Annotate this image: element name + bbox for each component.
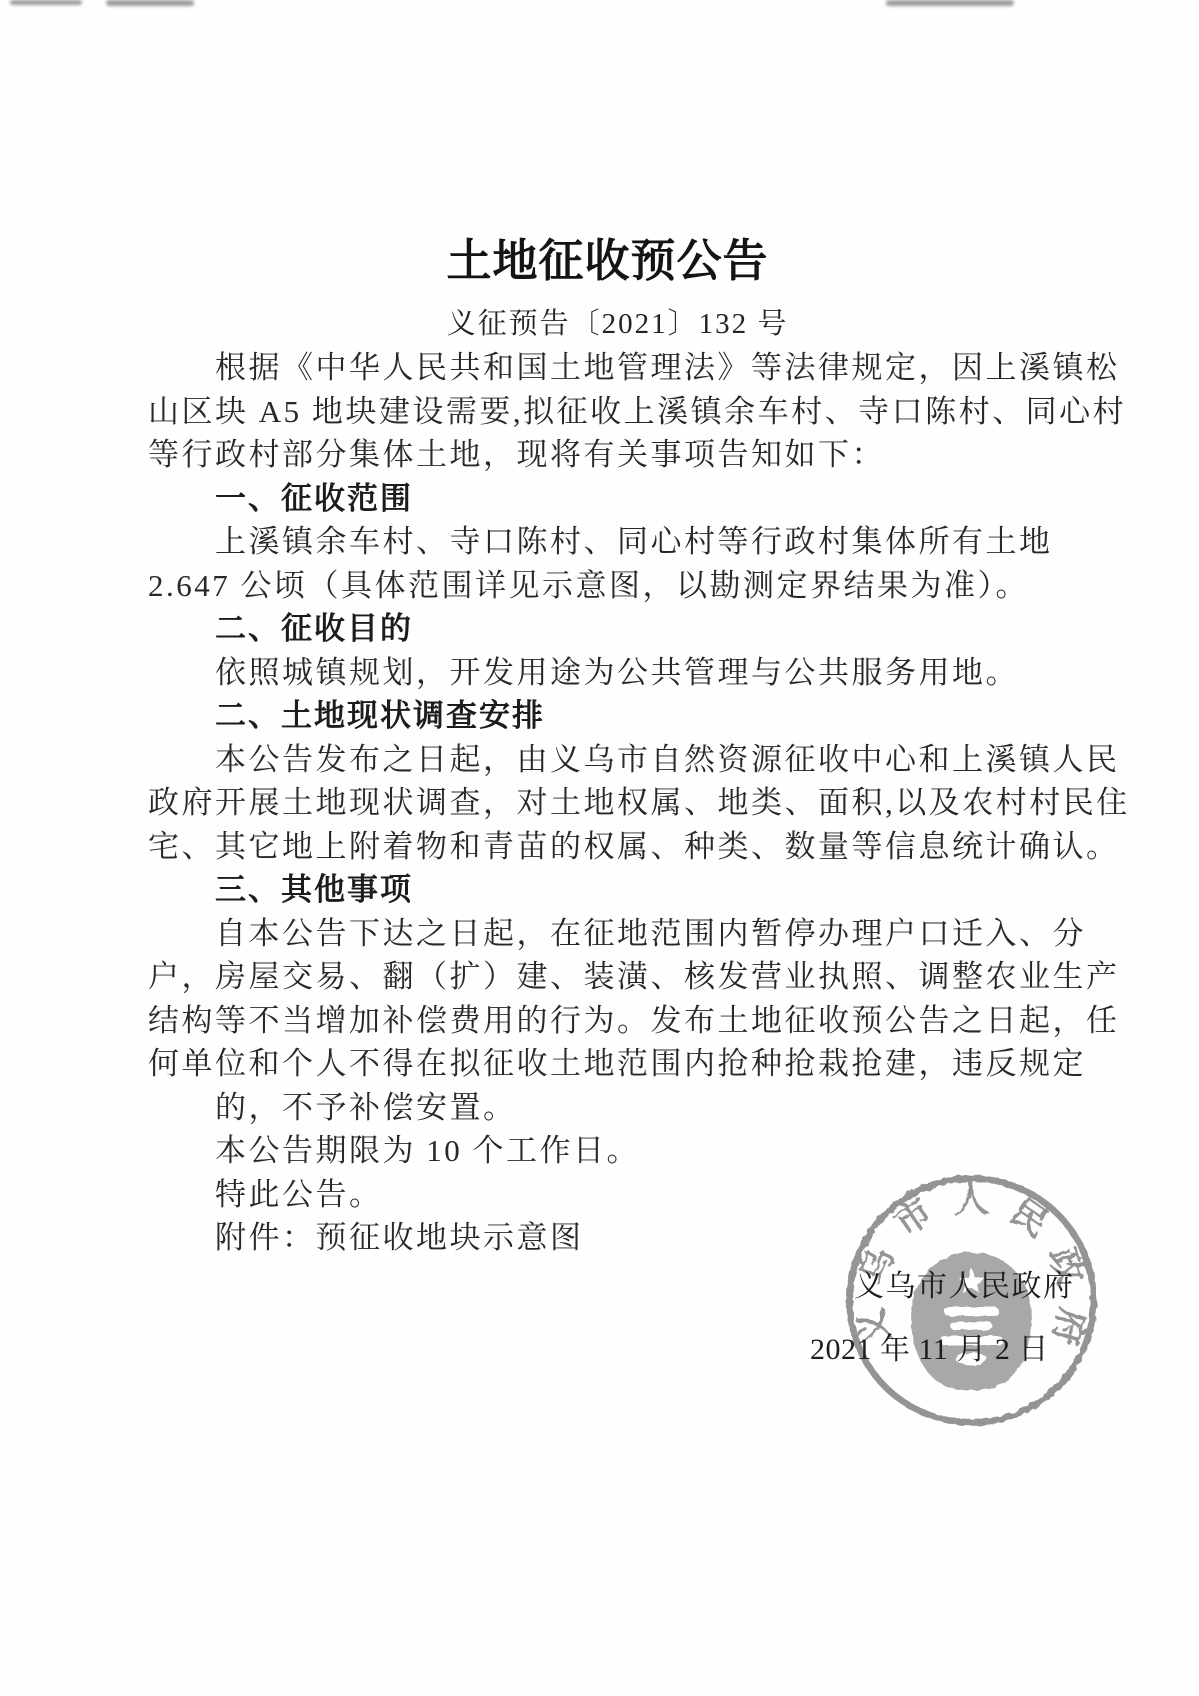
body-line: 宅、其它地上附着物和青苗的权属、种类、数量等信息统计确认。 — [148, 825, 1088, 869]
body-line: 2.647 公顷（具体范围详见示意图，以勘测定界结果为准）。 — [148, 564, 1088, 608]
seal-arc-char: 市 — [887, 1191, 939, 1244]
body-line: 本公告发布之日起，由义乌市自然资源征收中心和上溪镇人民 — [148, 738, 1088, 782]
section-heading: 一、征收范围 — [148, 477, 1088, 521]
body-line: 等行政村部分集体土地，现将有关事项告知如下： — [148, 433, 1088, 477]
section-heading: 三、其他事项 — [148, 868, 1088, 912]
section-heading: 二、土地现状调查安排 — [148, 694, 1088, 738]
section-heading: 二、征收目的 — [148, 607, 1088, 651]
body-line: 依照城镇规划，开发用途为公共管理与公共服务用地。 — [148, 651, 1088, 695]
body-line: 自本公告下达之日起，在征地范围内暂停办理户口迁入、分 — [148, 912, 1088, 956]
body-line: 何单位和个人不得在拟征收土地范围内抢种抢栽抢建，违反规定 — [148, 1042, 1088, 1086]
body-line: 上溪镇余车村、寺口陈村、同心村等行政村集体所有土地 — [148, 520, 1088, 564]
body-line: 结构等不当增加补偿费用的行为。发布土地征收预公告之日起，任 — [148, 999, 1088, 1043]
body-line: 政府开展土地现状调查，对土地权属、地类、面积,以及农村村民住 — [148, 781, 1088, 825]
signature-date: 2021 年 11 月 2 日 — [810, 1324, 1049, 1368]
doc-number: 义征预告〔2021〕132 号 — [18, 301, 1199, 342]
seal-arc-char: 府 — [1045, 1304, 1093, 1349]
body-line: 户，房屋交易、翻（扩）建、装潢、核发营业执照、调整农业生产 — [148, 955, 1088, 999]
body-line: 的，不予补偿安置。 — [148, 1086, 1088, 1130]
seal-arc-char: 人 — [953, 1180, 989, 1220]
body-line: 根据《中华人民共和国土地管理法》等法律规定，因上溪镇松 — [148, 346, 1088, 390]
scan-artifact — [106, 0, 194, 6]
seal-arc-char: 民 — [1003, 1191, 1055, 1244]
scan-artifact — [10, 0, 82, 5]
scan-artifact — [886, 0, 1014, 6]
announcement-page: 土地征收预公告 义征预告〔2021〕132 号 根据《中华人民共和国土地管理法》… — [0, 0, 1199, 1696]
announcement-body: 根据《中华人民共和国土地管理法》等法律规定，因上溪镇松 山区块 A5 地块建设需… — [148, 346, 1088, 1260]
page-title: 土地征收预公告 — [8, 224, 1199, 289]
signature-issuer: 义乌市人民政府 — [854, 1261, 1075, 1305]
body-line: 本公告期限为 10 个工作日。 — [148, 1129, 1088, 1173]
body-line: 山区块 A5 地块建设需要,拟征收上溪镇余车村、寺口陈村、同心村 — [148, 390, 1088, 434]
